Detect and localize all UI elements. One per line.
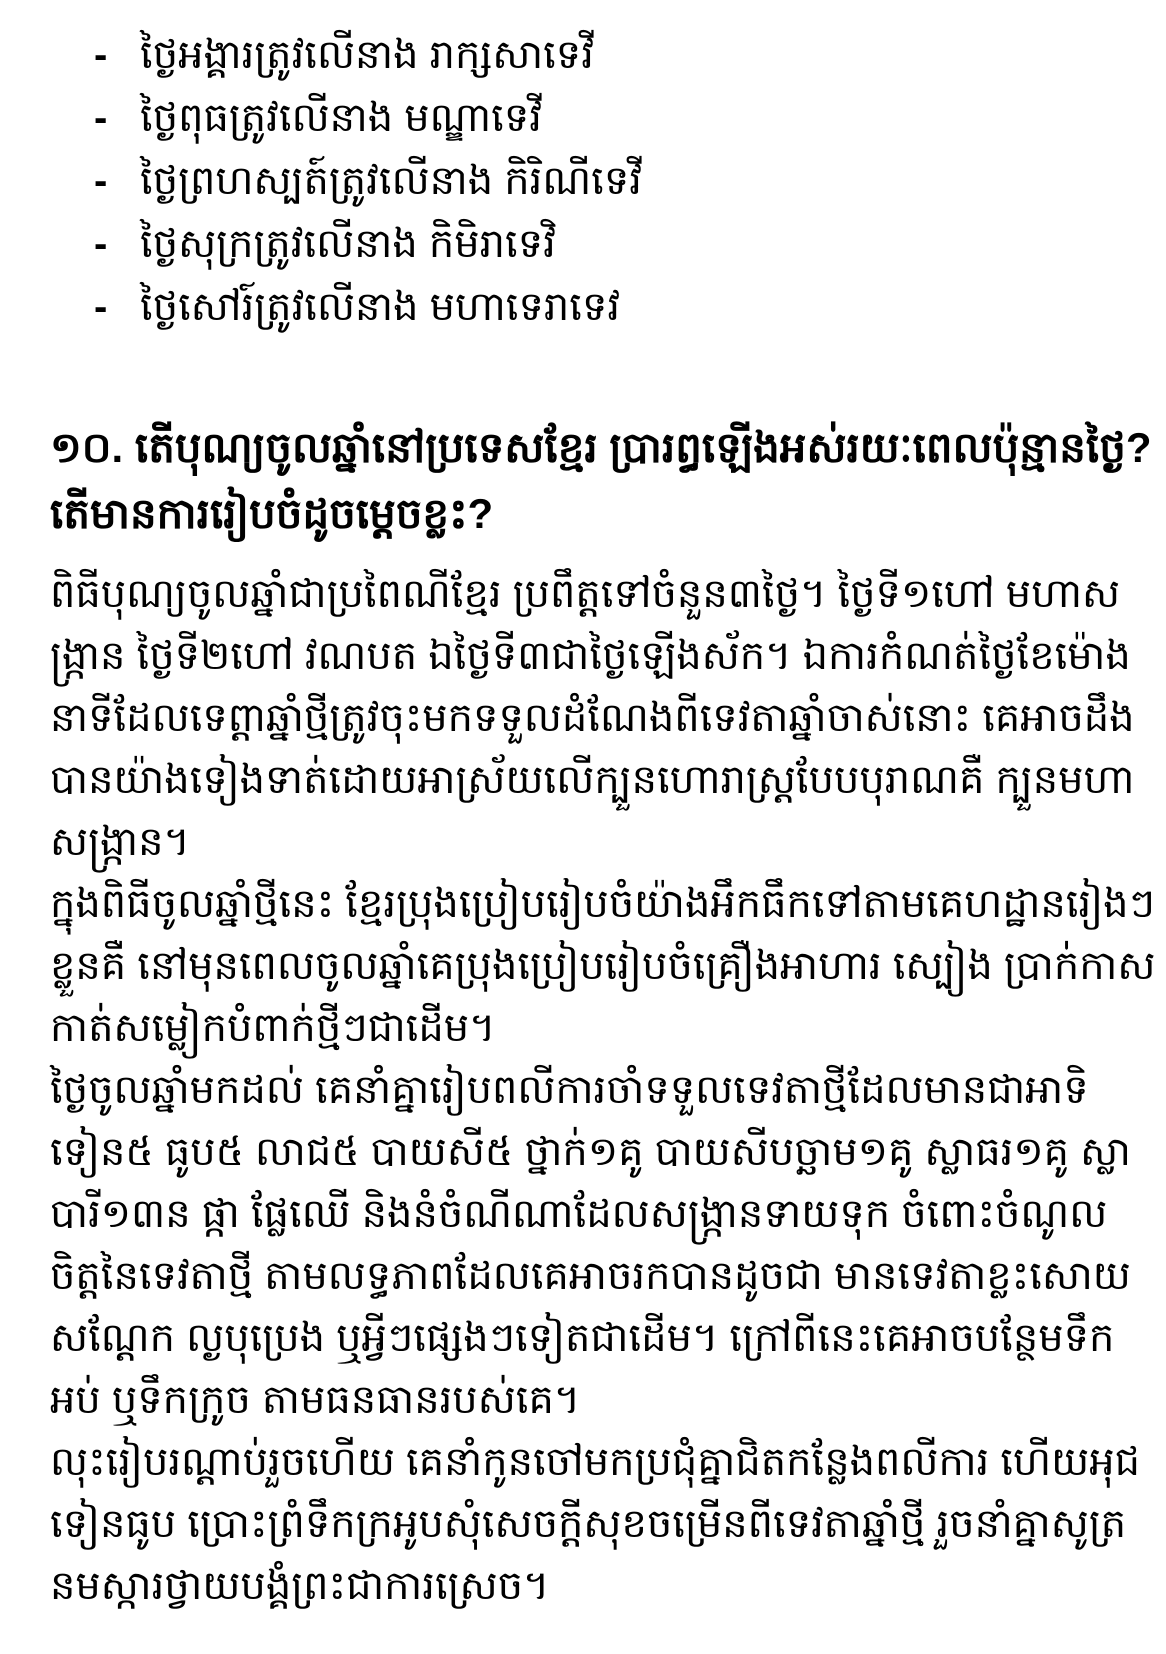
answer-line: បារី១៣ន ផ្កា ផ្លែឈើ និងនំចំណីណាដែលសង្ក្រ… xyxy=(50,1183,1124,1245)
answer-line: ខ្លួនគឺ នៅមុនពេលចូលឆ្នាំគេប្រុងប្រៀបរៀបច… xyxy=(50,935,1124,997)
answer-line: លុះរៀបរណ្តាប់រួចហើយ គេនាំកូនចៅមកប្រជុំគ្… xyxy=(50,1431,1124,1493)
dash-bullet: - xyxy=(94,150,140,213)
answer-line: នាទីដែលទេព្តាឆ្នាំថ្មីត្រូវចុះមកទទួលដំណែ… xyxy=(50,687,1124,749)
list-item-text: ថ្ងៃសៅរ៍ត្រូវលើនាង មហាទេរាទេវ xyxy=(140,276,1124,339)
answer-line: ទៀនធូប ប្រោះព្រំទឹកក្រអូបសុំសេចក្តីសុខចម… xyxy=(50,1493,1124,1555)
list-item: - ថ្ងៃអង្គារត្រូវលើនាង រាក្សសាទេវី xyxy=(94,24,1124,87)
answer-line: ពិធីបុណ្យចូលឆ្នាំជាប្រពៃណីខ្មែរ ប្រពឹត្ត… xyxy=(50,563,1124,625)
answer-line: ទៀន៥ ធូប៥ លាជ៥ បាយសី៥ ថ្នាក់១គូ បាយសីបច្… xyxy=(50,1121,1124,1183)
answer-line: ង្ក្រាន ថ្ងៃទី២ហៅ វណបត ឯថ្ងៃទី៣ជាថ្ងៃឡើង… xyxy=(50,625,1124,687)
answer-line: នមស្ការថ្វាយបង្គំព្រះជាការស្រេច។ xyxy=(50,1555,1124,1617)
list-item: - ថ្ងៃសុក្រត្រូវលើនាង កិមិរាទេវិ xyxy=(94,213,1124,276)
document-page: - ថ្ងៃអង្គារត្រូវលើនាង រាក្សសាទេវី - ថ្ង… xyxy=(0,0,1166,1654)
list-item: - ថ្ងៃសៅរ៍ត្រូវលើនាង មហាទេរាទេវ xyxy=(94,276,1124,339)
question-heading: ១០. តើបុណ្យចូលឆ្នាំនៅប្រទេសខ្មែរ ប្រារព្… xyxy=(50,415,1124,547)
list-item: - ថ្ងៃពុធត្រូវលើនាង មណ្ឌាទេវី xyxy=(94,87,1124,150)
answer-paragraph-4: លុះរៀបរណ្តាប់រួចហើយ គេនាំកូនចៅមកប្រជុំគ្… xyxy=(50,1431,1124,1617)
answer-body: ពិធីបុណ្យចូលឆ្នាំជាប្រពៃណីខ្មែរ ប្រពឹត្ត… xyxy=(50,563,1124,1617)
dash-bullet: - xyxy=(94,276,140,339)
answer-paragraph-3: ថ្ងៃចូលឆ្នាំមកដល់ គេនាំគ្នារៀបពលីការចាំទ… xyxy=(50,1059,1124,1431)
list-item-text: ថ្ងៃពុធត្រូវលើនាង មណ្ឌាទេវី xyxy=(140,87,1124,150)
list-item-text: ថ្ងៃព្រហស្បត៍ត្រូវលើនាង កិរិណីទេវី xyxy=(140,150,1124,213)
answer-line: កាត់សម្លៀកបំពាក់ថ្មីៗជាដើម។ xyxy=(50,997,1124,1059)
answer-line: ថ្ងៃចូលឆ្នាំមកដល់ គេនាំគ្នារៀបពលីការចាំទ… xyxy=(50,1059,1124,1121)
dash-bullet: - xyxy=(94,87,140,150)
weekday-angel-list: - ថ្ងៃអង្គារត្រូវលើនាង រាក្សសាទេវី - ថ្ង… xyxy=(50,24,1124,339)
list-item: - ថ្ងៃព្រហស្បត៍ត្រូវលើនាង កិរិណីទេវី xyxy=(94,150,1124,213)
dash-bullet: - xyxy=(94,24,140,87)
answer-line: សណ្ដែក ល្ងបុប្រេង ឬអ្វីៗផ្សេងៗទៀតជាដើម។ … xyxy=(50,1307,1124,1369)
question-line-1: ១០. តើបុណ្យចូលឆ្នាំនៅប្រទេសខ្មែរ ប្រារព្… xyxy=(50,415,1124,481)
list-item-text: ថ្ងៃសុក្រត្រូវលើនាង កិមិរាទេវិ xyxy=(140,213,1124,276)
answer-line: ក្នុងពិធីចូលឆ្នាំថ្មីនេះ ខ្មែរប្រុងប្រៀប… xyxy=(50,873,1124,935)
answer-line: ចិត្តនៃទេវតាថ្មី តាមលទ្ធភាពដែលគេអាចរកបាន… xyxy=(50,1245,1124,1307)
answer-line: បានយ៉ាងទៀងទាត់ដោយអាស្រ័យលើក្បួនហោរាស្ត្រ… xyxy=(50,749,1124,811)
list-item-text: ថ្ងៃអង្គារត្រូវលើនាង រាក្សសាទេវី xyxy=(140,24,1124,87)
dash-bullet: - xyxy=(94,213,140,276)
answer-line: សង្ក្រាន។ xyxy=(50,811,1124,873)
question-line-2: តើមានការរៀបចំដូចម្តេចខ្លះ? xyxy=(50,481,1124,547)
answer-paragraph-2: ក្នុងពិធីចូលឆ្នាំថ្មីនេះ ខ្មែរប្រុងប្រៀប… xyxy=(50,873,1124,1059)
answer-paragraph-1: ពិធីបុណ្យចូលឆ្នាំជាប្រពៃណីខ្មែរ ប្រពឹត្ត… xyxy=(50,563,1124,873)
answer-line: អប់ ឬទឹកក្រូច តាមធនធានរបស់គេ។ xyxy=(50,1369,1124,1431)
